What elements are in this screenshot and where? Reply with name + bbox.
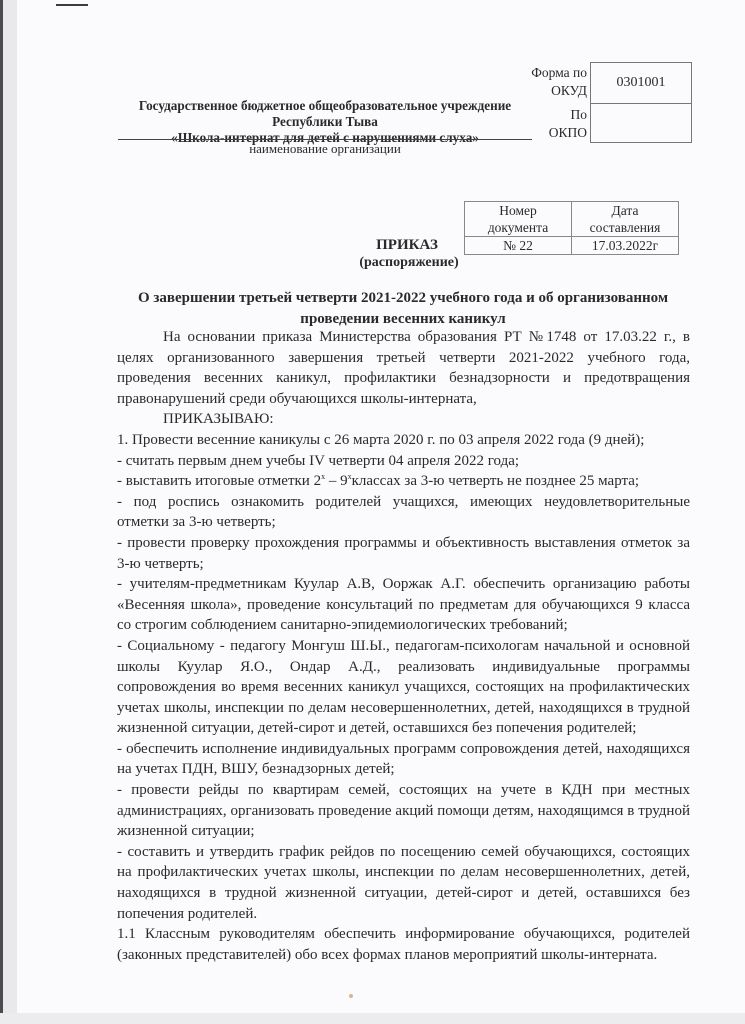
header-document-date: Дата составления [572,202,679,237]
paper-stain [349,994,353,998]
okpo-value [591,103,691,143]
scan-bottom-edge [0,1013,745,1024]
organization-underline [118,139,532,140]
order-keyword: ПРИКАЗЫВАЮ: [117,409,690,430]
table-row: № 22 17.03.2022г [465,237,679,255]
okud-label: Форма по ОКУД [531,64,587,100]
document-number: № 22 [465,237,572,255]
okud-value: 0301001 [591,63,691,103]
order-bullet: - считать первым днем учебы IV четверти … [117,451,690,472]
order-bullet: - выставить итоговые отметки 2х – 9хклас… [117,471,690,492]
header-text: документа [469,219,567,236]
document-info-table: Номер документа Дата составления № 22 17… [464,201,679,255]
order-item-1-1: 1.1 Классным руководителям обеспечить ин… [117,924,690,965]
okud-label-line-2: ОКУД [531,82,587,100]
document-date: 17.03.2022г [572,237,679,255]
okpo-label-line-1: По [549,106,587,124]
table-header-row: Номер документа Дата составления [465,202,679,237]
document-subtitle: (распоряжение) [349,253,469,272]
order-heading: О завершении третьей четверти 2021-2022 … [117,288,689,330]
order-bullet: - составить и утвердить график рейдов по… [117,842,690,924]
order-bullet: - провести рейды по квартирам семей, сос… [117,780,690,842]
okpo-label-line-2: ОКПО [549,124,587,142]
order-bullet: - провести проверку прохождения программ… [117,533,690,574]
header-document-number: Номер документа [465,202,572,237]
form-codes-box: 0301001 [590,62,692,143]
order-item-1: 1. Провести весенние каникулы с 26 марта… [117,430,690,451]
preamble: На основании приказа Министерства образо… [117,327,690,409]
scan-mark [56,4,88,6]
organization-caption: наименование организации [118,141,532,156]
header-text: Номер [469,202,567,219]
bullet-text: - выставить итоговые отметки 2 [117,473,321,489]
order-bullet: - учителям-предметникам Куулар А.В, Оорж… [117,574,690,636]
bullet-text: классах за 3-ю четверть не позднее 25 ма… [352,473,639,489]
order-bullet: - под роспись ознакомить родителей учащи… [117,492,690,533]
order-body: На основании приказа Министерства образо… [117,327,690,965]
bullet-text: – 9 [325,473,348,489]
order-bullet: - Социальному - педагогу Монгуш Ш.Ы., пе… [117,636,690,739]
okud-label-line-1: Форма по [531,64,587,82]
header-text: Дата [576,202,674,219]
order-bullet: - обеспечить исполнение индивидуальных п… [117,739,690,780]
okpo-label: По ОКПО [549,106,587,142]
header-text: составления [576,219,674,236]
organization-line-1: Государственное бюджетное общеобразовате… [118,98,532,114]
organization-line-2: Республики Тыва [118,114,532,130]
scan-left-margin [3,0,17,1024]
